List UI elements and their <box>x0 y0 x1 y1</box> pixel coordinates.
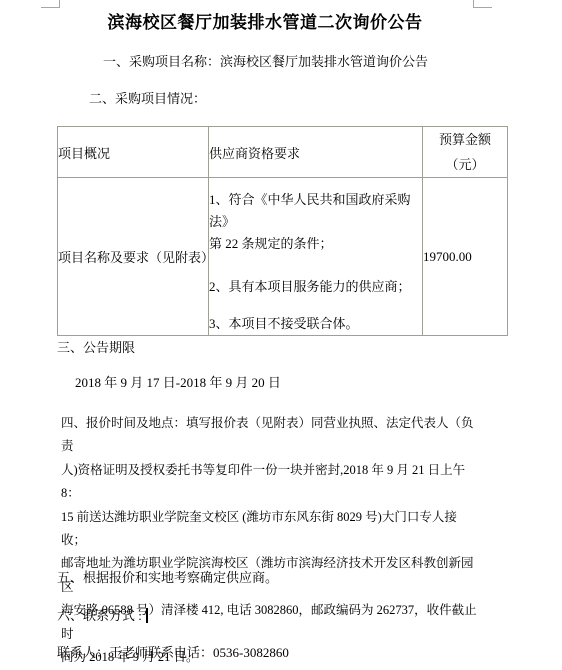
cell-budget-amount: 19700.00 <box>423 178 508 336</box>
section-6-contact-heading: 六、联系方式 : <box>57 607 148 625</box>
cell-supplier-requirements: 1、符合《中华人民共和国政府采购法》 第 22 条规定的条件； 2、具有本项目服… <box>209 178 423 336</box>
margin-mark-left <box>41 0 60 8</box>
announcement-period: 2018 年 9 月 17 日-2018 年 9 月 20 日 <box>75 374 281 392</box>
header-project-overview: 项目概况 <box>58 127 209 178</box>
page-title: 滨海校区餐厅加装排水管道二次询价公告 <box>57 8 473 33</box>
contact-line: 联系人：王老师联系电话：0536-3082860 <box>57 644 289 662</box>
requirement-item-3: 3、本项目不接受联合体。 <box>209 313 422 335</box>
section-6-contact-label: 六、联系方式 : <box>57 608 142 623</box>
table-header-row: 项目概况 供应商资格要求 预算金额 （元） <box>58 127 508 178</box>
table-data-row: 项目名称及要求（见附表） 1、符合《中华人民共和国政府采购法》 第 22 条规定… <box>58 178 508 336</box>
cell-project-overview: 项目名称及要求（见附表） <box>58 178 209 336</box>
section-1-project-name: 一、采购项目名称：滨海校区餐厅加装排水管道询价公告 <box>103 53 428 71</box>
requirement-item-1: 1、符合《中华人民共和国政府采购法》 第 22 条规定的条件； <box>209 189 422 255</box>
procurement-table: 项目概况 供应商资格要求 预算金额 （元） 项目名称及要求（见附表） 1、符合《… <box>57 126 508 336</box>
margin-mark-right <box>473 0 492 8</box>
requirement-item-2: 2、具有本项目服务能力的供应商； <box>209 276 422 298</box>
text-cursor <box>146 608 148 623</box>
document-page[interactable]: 滨海校区餐厅加装排水管道二次询价公告 一、采购项目名称：滨海校区餐厅加装排水管道… <box>0 0 562 670</box>
section-3-heading: 三、公告期限 <box>57 339 135 357</box>
header-budget-amount: 预算金额 （元） <box>423 127 508 178</box>
header-supplier-qualifications: 供应商资格要求 <box>209 127 423 178</box>
section-5-supplier-determination: 五、根据报价和实地考察确定供应商。 <box>57 569 278 587</box>
section-4-quotation-details: 四、报价时间及地点：填写报价表（见附表）同营业执照、法定代表人（负责 人)资格证… <box>61 412 477 669</box>
section-2-heading: 二、采购项目情况： <box>89 90 206 108</box>
